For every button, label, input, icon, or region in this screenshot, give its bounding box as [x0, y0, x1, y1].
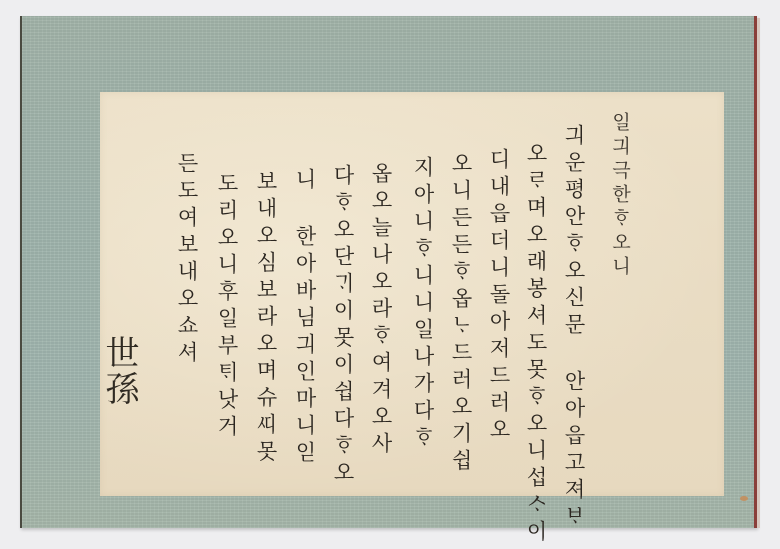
text-column-11: 도리오니후일부ᄐᆡ낫거	[216, 172, 237, 442]
text-column-6: 지아니ᄒᆞ니니일나가다ᄒᆞ	[412, 156, 433, 453]
paper-stain	[740, 496, 748, 501]
signature-seja-son: 世孫	[95, 335, 144, 407]
text-column-9: 니 한아바님긔인마니읻	[294, 168, 315, 468]
text-column-5: 오니든든ᄒᆞ옵ᄂᆞ드러오기쉽	[450, 152, 471, 476]
text-column-8: 다ᄒᆞ오단ᄀᆡ이못이쉽다ᄒᆞ오	[332, 164, 353, 488]
silk-album-mount: 일긔극한ᄒᆞ오니 긔운평안ᄒᆞ오신문 안아읍고져ᄇᆞ 오ᄅᆞ며오래봉셔도못ᄒᆞ오…	[20, 16, 757, 528]
text-column-7: 옵오늘나오라ᄒᆞ여겨오사	[370, 162, 391, 459]
text-column-10: 보내오심보라오며슈ᄯᅵ못	[255, 170, 276, 467]
text-column-4: 디내읍더니돌아저드러오	[488, 148, 509, 445]
letter-paper: 일긔극한ᄒᆞ오니 긔운평안ᄒᆞ오신문 안아읍고져ᄇᆞ 오ᄅᆞ며오래봉셔도못ᄒᆞ오…	[100, 92, 724, 496]
text-column-2: 긔운평안ᄒᆞ오신문 안아읍고져ᄇᆞ	[563, 124, 584, 532]
text-column-3: 오ᄅᆞ며오래봉셔도못ᄒᆞ오니섭ᄉᆞ이	[525, 142, 546, 547]
text-column-12: 든도여보내오쇼셔	[176, 152, 197, 368]
text-column-1: 일긔극한ᄒᆞ오니	[610, 112, 629, 280]
